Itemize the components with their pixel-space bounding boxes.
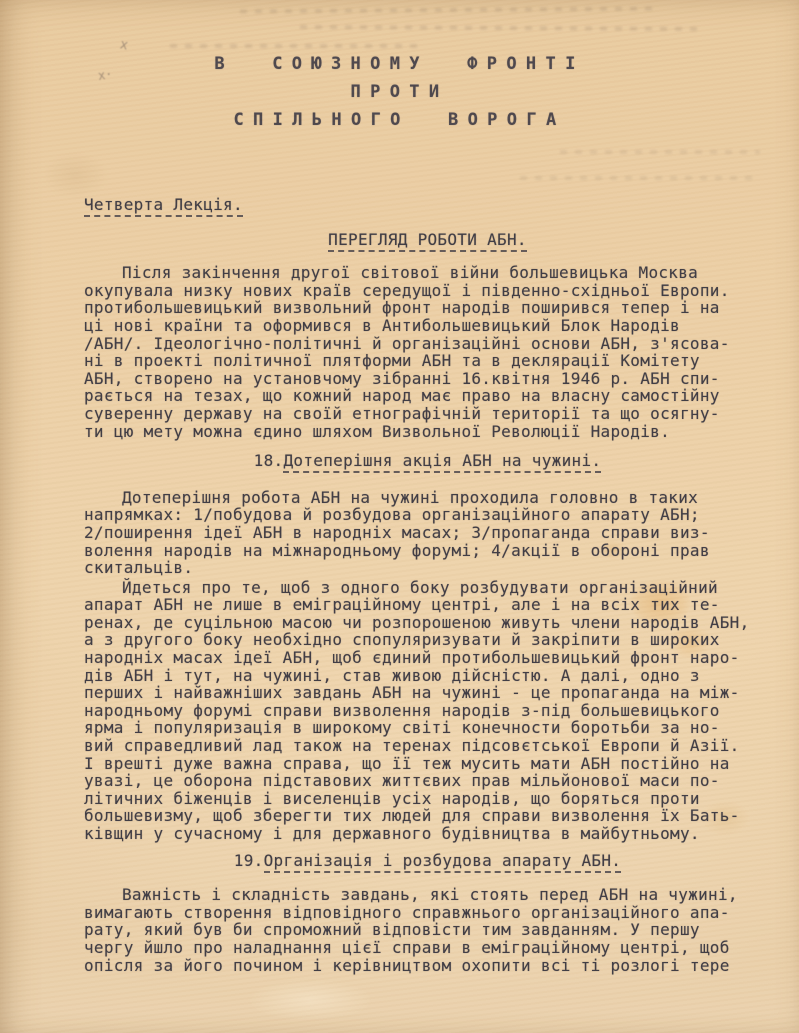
lecture-label: Четверта Лекція. <box>84 196 243 217</box>
title-line-1: В СОЮЗНОМУ ФРОНТІ <box>0 50 799 78</box>
document-body: Четверта Лекція. ПЕРЕГЛЯД РОБОТИ АБН. Пі… <box>0 134 799 974</box>
title-line-3: СПІЛЬНОГО ВОРОГА <box>0 106 799 134</box>
section-19-heading: 19.Організація і розбудова апарату АБН. <box>84 852 771 870</box>
section-18-paragraph-a: Дотеперішня робота АБН на чужині проходи… <box>84 489 771 577</box>
section-19-paragraph-a: Важність і складність завдань, які стоят… <box>84 886 771 974</box>
main-heading: ПЕРЕГЛЯД РОБОТИ АБН. <box>84 231 771 249</box>
main-heading-text: ПЕРЕГЛЯД РОБОТИ АБН. <box>328 230 527 252</box>
document-title: В СОЮЗНОМУ ФРОНТІ ПРОТИ СПІЛЬНОГО ВОРОГА <box>0 0 799 134</box>
scanned-typewritten-page: х х· В СОЮЗНОМУ ФРОНТІ ПРОТИ СПІЛЬНОГО В… <box>0 0 799 1033</box>
section-18-number: 18. <box>254 451 284 470</box>
intro-paragraph: Після закінчення другої світової війни б… <box>84 264 771 440</box>
paper-stain <box>250 980 370 1020</box>
section-19-title: Організація і розбудова апарату АБН. <box>264 851 622 873</box>
title-line-2: ПРОТИ <box>0 78 799 106</box>
section-18-paragraph-b: Йдеться про те, щоб з одного боку розбуд… <box>84 579 771 843</box>
handwritten-mark: х· <box>97 67 113 83</box>
section-18-heading: 18.Дотеперішня акція АБН на чужині. <box>84 452 771 470</box>
section-19-number: 19. <box>234 851 264 870</box>
section-18-title: Дотеперішня акція АБН на чужині. <box>283 451 601 473</box>
